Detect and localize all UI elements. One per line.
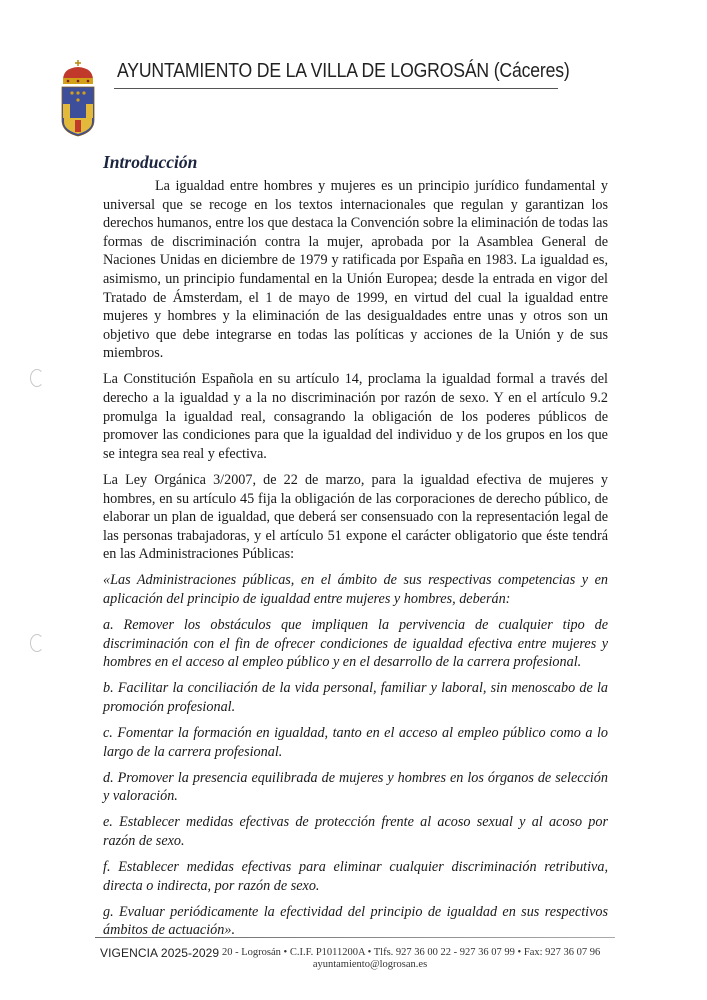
quote-item: d. Promover la presencia equilibrada de … <box>103 769 608 806</box>
footer: VIGENCIA 2025-2029 20 - Logrosán • C.I.F… <box>100 947 600 970</box>
quote-item: f. Establecer medidas efectivas para eli… <box>103 858 608 895</box>
quote-item: a. Remover los obstáculos que impliquen … <box>103 616 608 672</box>
header-divider <box>114 88 558 89</box>
document-body: Introducción La igualdad entre hombres y… <box>103 152 608 947</box>
section-heading: Introducción <box>103 152 608 173</box>
footer-divider <box>95 937 615 938</box>
coat-of-arms-icon <box>60 60 96 156</box>
paragraph: La Constitución Española en su artículo … <box>103 370 608 463</box>
quote-item: b. Facilitar la conciliación de la vida … <box>103 679 608 716</box>
quote-intro: «Las Administraciones públicas, en el ám… <box>103 571 608 608</box>
quote-item: c. Fomentar la formación en igualdad, ta… <box>103 724 608 761</box>
quote-item: g. Evaluar periódicamente la efectividad… <box>103 903 608 940</box>
header-title: AYUNTAMIENTO DE LA VILLA DE LOGROSÁN (Cá… <box>117 59 570 83</box>
vigencia-label: VIGENCIA 2025-2029 <box>100 946 219 960</box>
paragraph: La Ley Orgánica 3/2007, de 22 de marzo, … <box>103 471 608 564</box>
footer-email[interactable]: ayuntamiento@logrosan.es <box>100 959 600 970</box>
paragraph: La igualdad entre hombres y mujeres es u… <box>103 177 608 363</box>
punch-hole-mark <box>30 634 44 652</box>
punch-hole-mark <box>30 369 44 387</box>
quote-item: e. Establecer medidas efectivas de prote… <box>103 813 608 850</box>
